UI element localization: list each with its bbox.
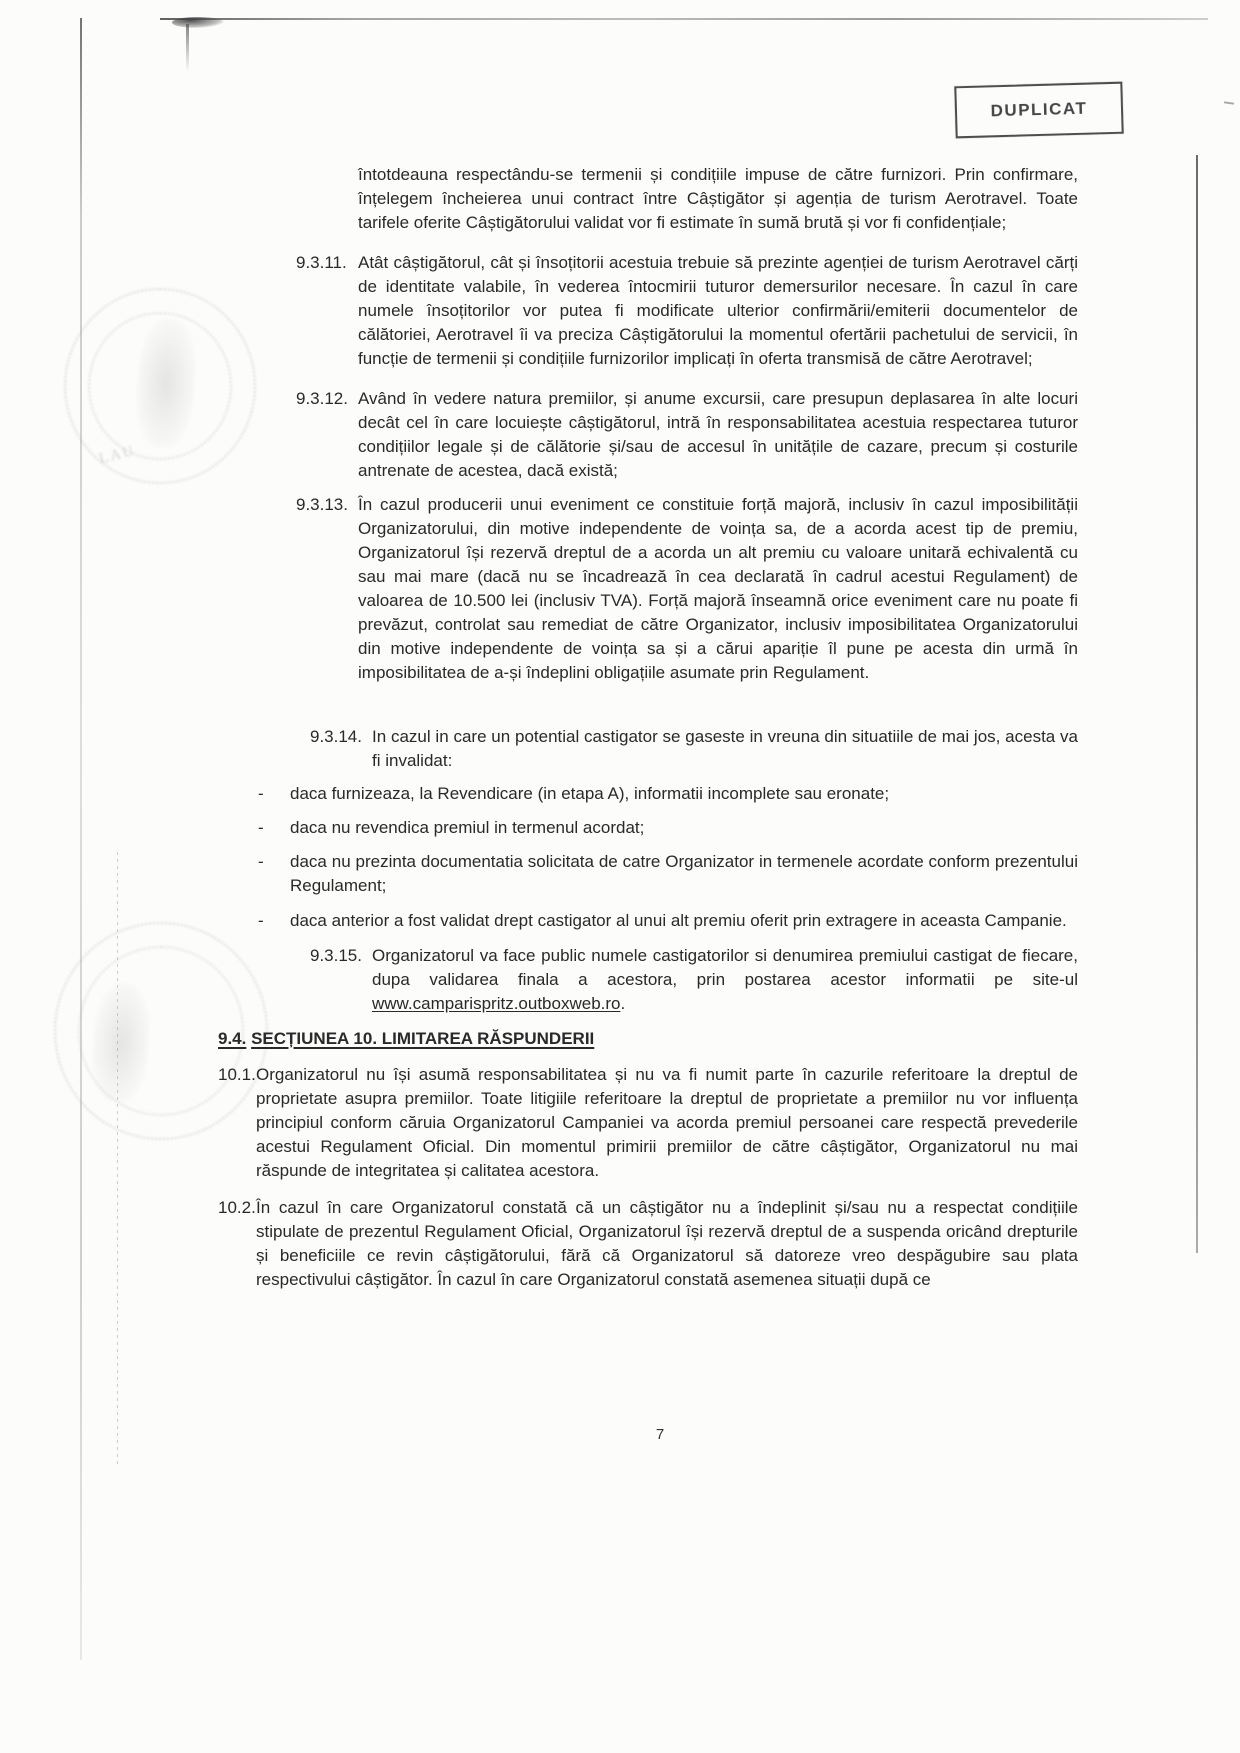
clause-9-3-13: 9.3.13. În cazul producerii unui evenime… xyxy=(218,493,1078,685)
intro-paragraph: întotdeauna respectându-se termenii și c… xyxy=(218,163,1078,235)
paragraph-text: întotdeauna respectându-se termenii și c… xyxy=(358,165,1078,232)
scan-artifact-top-line xyxy=(160,18,1208,20)
clause-number: 9.3.12. xyxy=(296,387,348,411)
clause-number: 10.2. xyxy=(218,1196,256,1220)
bullet-text: daca nu prezinta documentatia solicitata… xyxy=(290,852,1078,895)
clause-9-3-11: 9.3.11. Atât câștigătorul, cât și însoți… xyxy=(218,251,1078,371)
clause-number: 9.3.14. xyxy=(310,725,362,749)
document-body: întotdeauna respectându-se termenii și c… xyxy=(218,163,1078,1292)
heading-number: 9.4. xyxy=(218,1029,246,1048)
clause-10-2: 10.2. În cazul în care Organizatorul con… xyxy=(218,1196,1078,1292)
bullet-dash: - xyxy=(258,909,264,933)
clause-9-3-12: 9.3.12. Având în vedere natura premiilor… xyxy=(218,387,1078,483)
clause-text: În cazul producerii unui eveniment ce co… xyxy=(358,495,1078,682)
clause-text: In cazul in care un potential castigator… xyxy=(372,727,1078,770)
bullet-dash: - xyxy=(258,816,264,840)
clause-9-3-14: 9.3.14. In cazul in care un potential ca… xyxy=(218,725,1078,773)
bullet-item: - daca nu revendica premiul in termenul … xyxy=(218,816,1078,840)
section-heading: 9.4. SECȚIUNEA 10. LIMITAREA RĂSPUNDERII xyxy=(218,1027,1078,1051)
scan-artifact-ink-drip xyxy=(186,24,189,72)
clause-10-1: 10.1. Organizatorul nu își asumă respons… xyxy=(218,1063,1078,1183)
scan-artifact-corner-tick xyxy=(1224,101,1234,104)
scan-artifact-right-line xyxy=(1196,155,1198,1253)
clause-text: Organizatorul nu își asumă responsabilit… xyxy=(256,1065,1078,1180)
bullet-item: - daca nu prezinta documentatia solicita… xyxy=(218,850,1078,898)
bullet-item: - daca furnizeaza, la Revendicare (in et… xyxy=(218,782,1078,806)
clause-number: 10.1. xyxy=(218,1063,256,1087)
bullet-item: - daca anterior a fost validat drept cas… xyxy=(218,909,1078,933)
bullet-dash: - xyxy=(258,850,264,874)
clause-number: 9.3.13. xyxy=(296,493,348,517)
bullet-text: daca nu revendica premiul in termenul ac… xyxy=(290,818,644,837)
page-number: 7 xyxy=(640,1426,680,1443)
clause-text: Atât câștigătorul, cât și însoțitorii ac… xyxy=(358,253,1078,368)
url-text: www.camparispritz.outboxweb.ro xyxy=(372,994,620,1013)
scan-artifact-left-line xyxy=(80,18,82,1660)
clause-number: 9.3.15. xyxy=(310,944,362,968)
clause-number: 9.3.11. xyxy=(296,251,347,275)
duplicat-stamp-label: DUPLICAT xyxy=(990,99,1087,122)
scan-artifact-ink-blob xyxy=(172,17,224,28)
bullet-text: daca furnizeaza, la Revendicare (in etap… xyxy=(290,784,889,803)
bullet-text: daca anterior a fost validat drept casti… xyxy=(290,911,1067,930)
heading-title: SECȚIUNEA 10. LIMITAREA RĂSPUNDERII xyxy=(251,1029,594,1048)
duplicat-stamp: DUPLICAT xyxy=(954,82,1123,139)
clause-text: Având în vedere natura premiilor, și anu… xyxy=(358,389,1078,480)
clause-text: În cazul în care Organizatorul constată … xyxy=(256,1198,1078,1289)
bullet-dash: - xyxy=(258,782,264,806)
clause-9-3-15: 9.3.15. Organizatorul va face public num… xyxy=(218,944,1078,1016)
clause-text: Organizatorul va face public numele cast… xyxy=(372,946,1078,989)
scanned-document-page: DUPLICAT LAU întotdeauna respectându-se … xyxy=(0,0,1240,1753)
clause-text-after-link: . xyxy=(620,994,625,1013)
